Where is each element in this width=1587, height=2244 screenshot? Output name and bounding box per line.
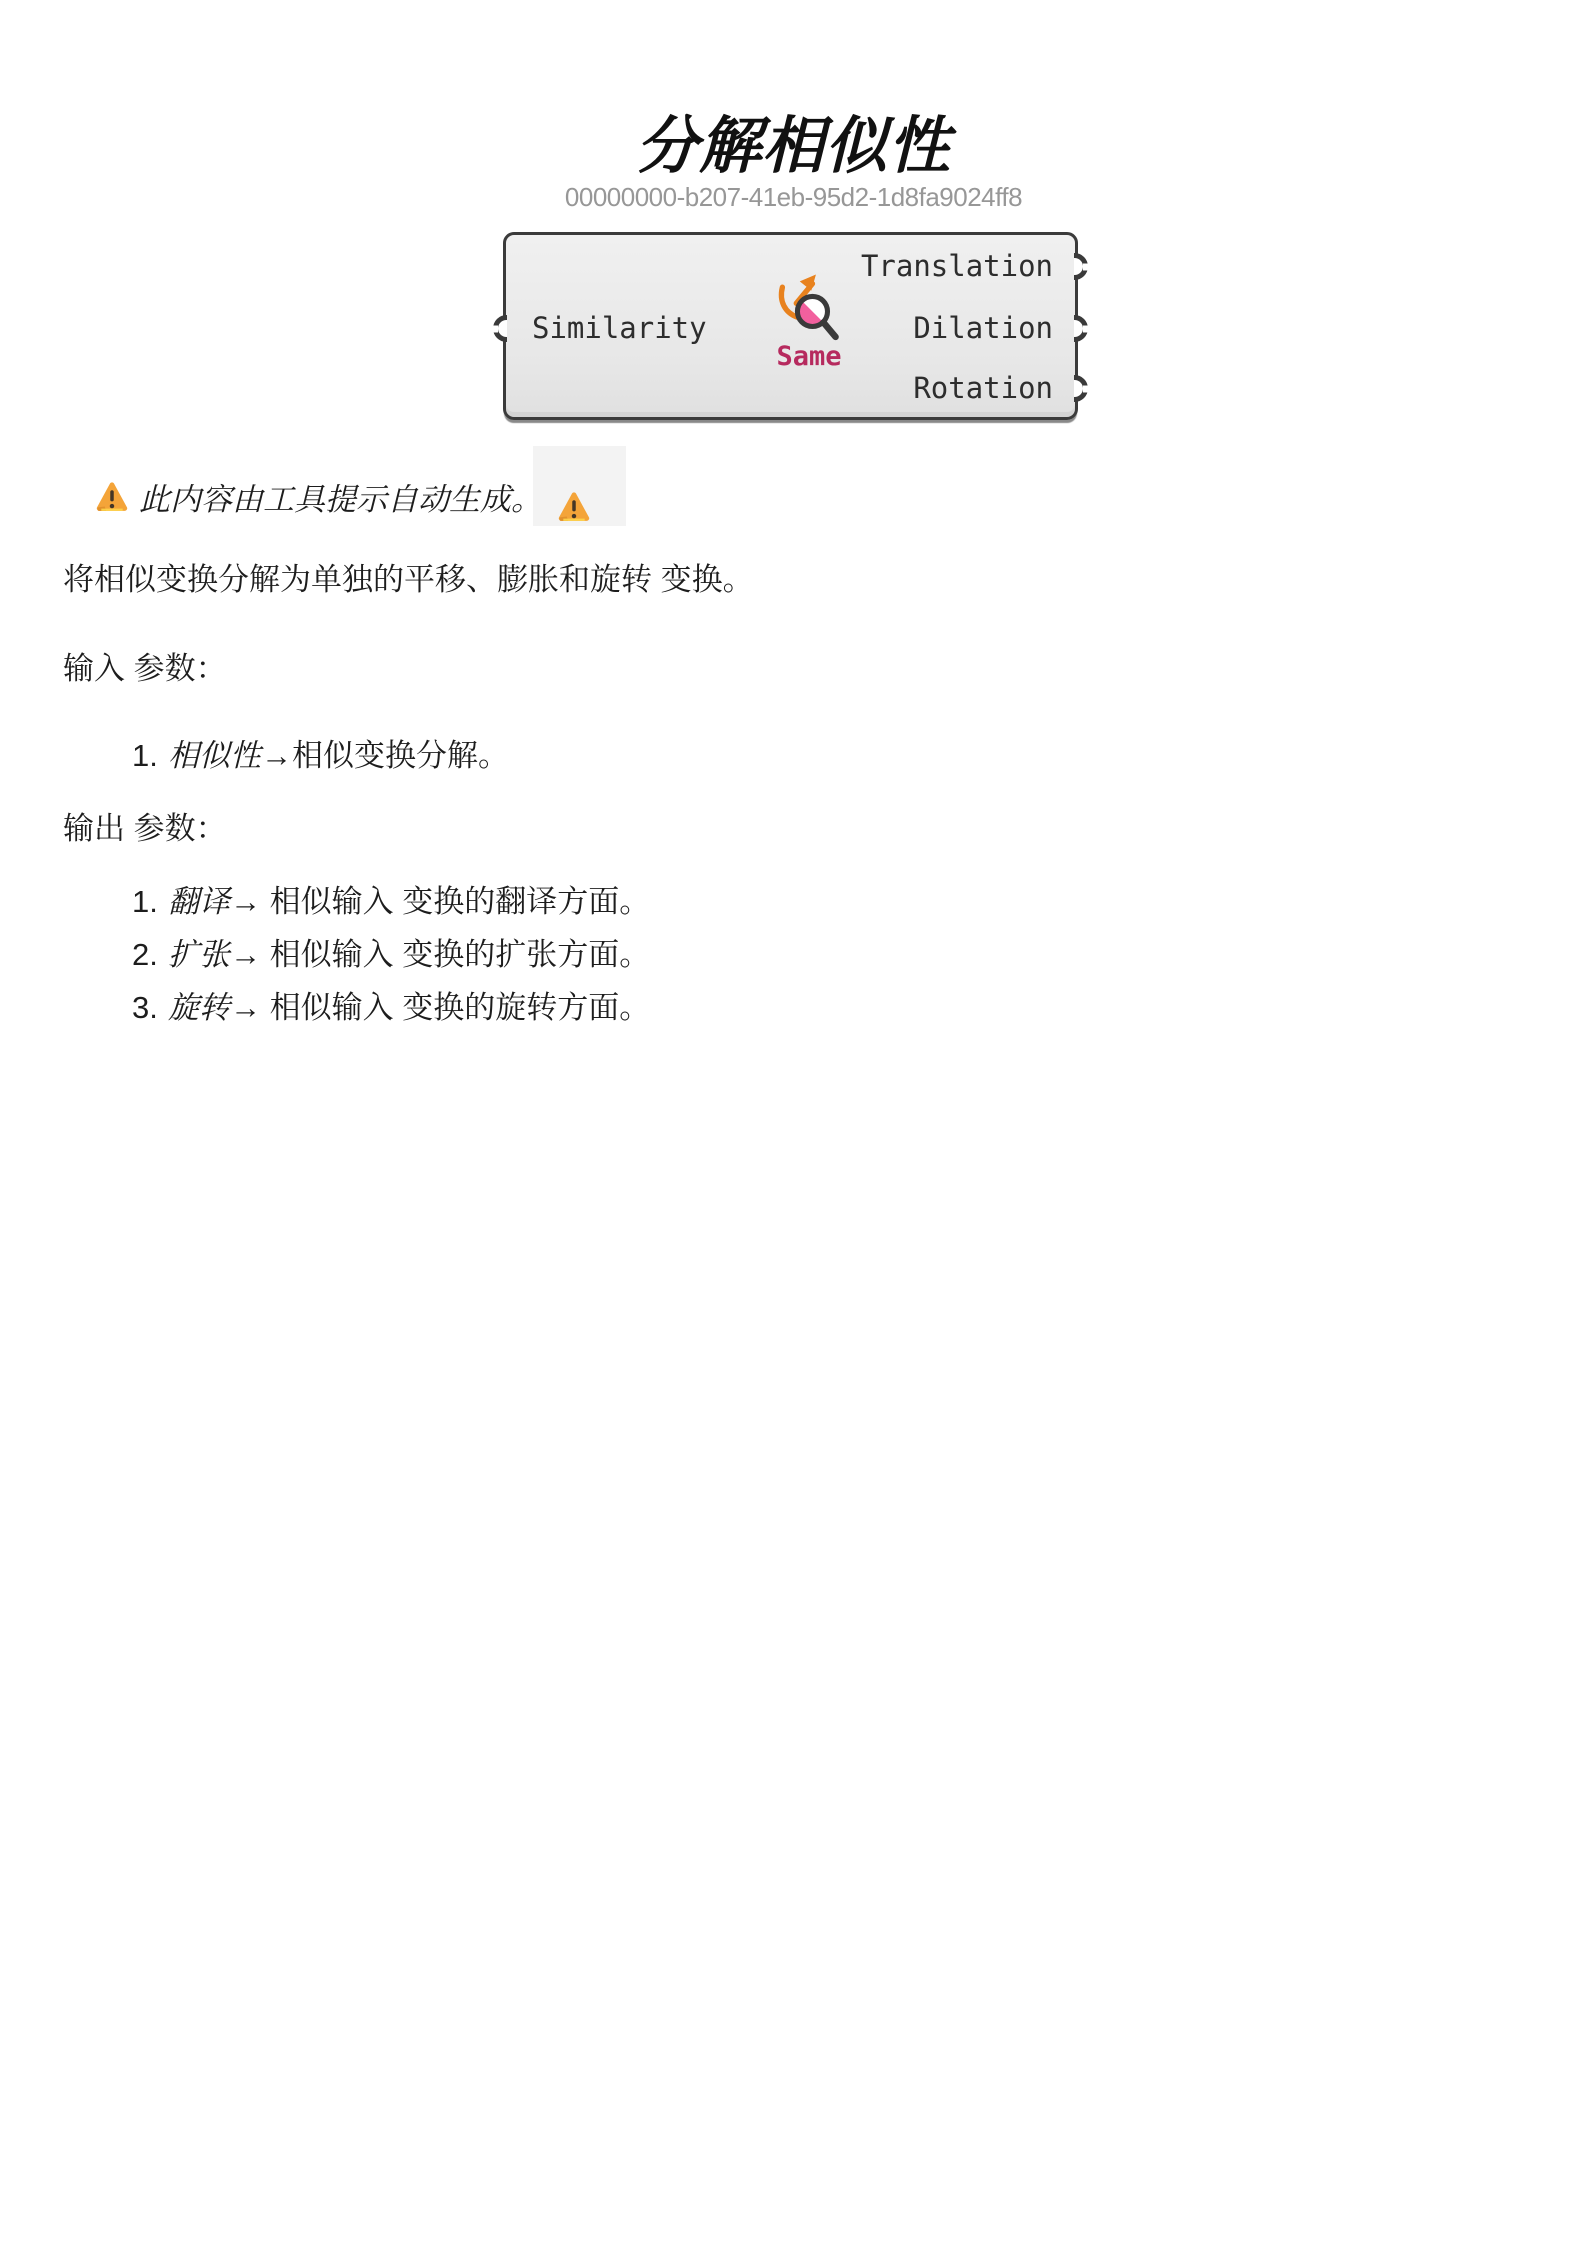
warning-icon	[555, 490, 593, 525]
arrow-glyph: →	[230, 884, 261, 919]
input-grip-similarity[interactable]	[493, 315, 507, 342]
input-term: 相似性	[168, 738, 261, 773]
outputs-heading: 输出 参数：	[63, 803, 227, 848]
similarity-magnifier-icon	[772, 271, 846, 345]
component-uuid: 00000000-b207-41eb-95d2-1d8fa9024ff8	[0, 182, 1587, 213]
auto-generated-notice: 此内容由工具提示自动生成。	[63, 444, 763, 528]
output-list-item: 2.扩张→ 相似输入 变换的扩张方面。	[132, 929, 650, 974]
output-grip-dilation[interactable]	[1074, 315, 1088, 342]
list-number: 1.	[132, 884, 168, 920]
component-icon-caption: Same	[764, 341, 854, 372]
input-desc: 相似变换分解。	[292, 738, 509, 773]
grasshopper-component[interactable]: Similarity Translation Dilation Rotation…	[503, 232, 1078, 420]
input-list-item: 1.相似性→相似变换分解。	[132, 730, 509, 775]
inputs-heading: 输入 参数：	[63, 643, 227, 688]
description-paragraph: 将相似变换分解为单独的平移、膨胀和旋转 变换。	[63, 554, 754, 599]
arrow-glyph: →	[261, 738, 292, 773]
input-port-label[interactable]: Similarity	[532, 311, 707, 345]
notice-text: 此内容由工具提示自动生成。	[139, 474, 542, 519]
output-port-label-dilation[interactable]: Dilation	[913, 311, 1053, 345]
output-port-label-rotation[interactable]: Rotation	[913, 371, 1053, 405]
arrow-glyph: →	[230, 937, 261, 972]
doc-page: 分解相似性 00000000-b207-41eb-95d2-1d8fa9024f…	[0, 0, 1587, 2244]
output-port-label-translation[interactable]: Translation	[861, 249, 1053, 283]
output-list-item: 1.翻译→ 相似输入 变换的翻译方面。	[132, 876, 650, 921]
output-term: 翻译	[168, 884, 230, 919]
page-title: 分解相似性	[0, 96, 1587, 185]
output-term: 扩张	[168, 937, 230, 972]
list-number: 1.	[132, 738, 168, 774]
output-desc: 相似输入 变换的翻译方面。	[261, 884, 650, 919]
output-grip-translation[interactable]	[1074, 253, 1088, 280]
warning-icon	[93, 480, 131, 515]
arrow-glyph: →	[230, 990, 261, 1025]
list-number: 3.	[132, 990, 168, 1026]
output-desc: 相似输入 变换的旋转方面。	[261, 990, 650, 1025]
output-desc: 相似输入 变换的扩张方面。	[261, 937, 650, 972]
component-icon: Same	[764, 271, 854, 401]
list-number: 2.	[132, 937, 168, 973]
output-term: 旋转	[168, 990, 230, 1025]
output-grip-rotation[interactable]	[1074, 375, 1088, 402]
notice-image-placeholder	[533, 446, 626, 526]
output-list-item: 3.旋转→ 相似输入 变换的旋转方面。	[132, 982, 650, 1027]
